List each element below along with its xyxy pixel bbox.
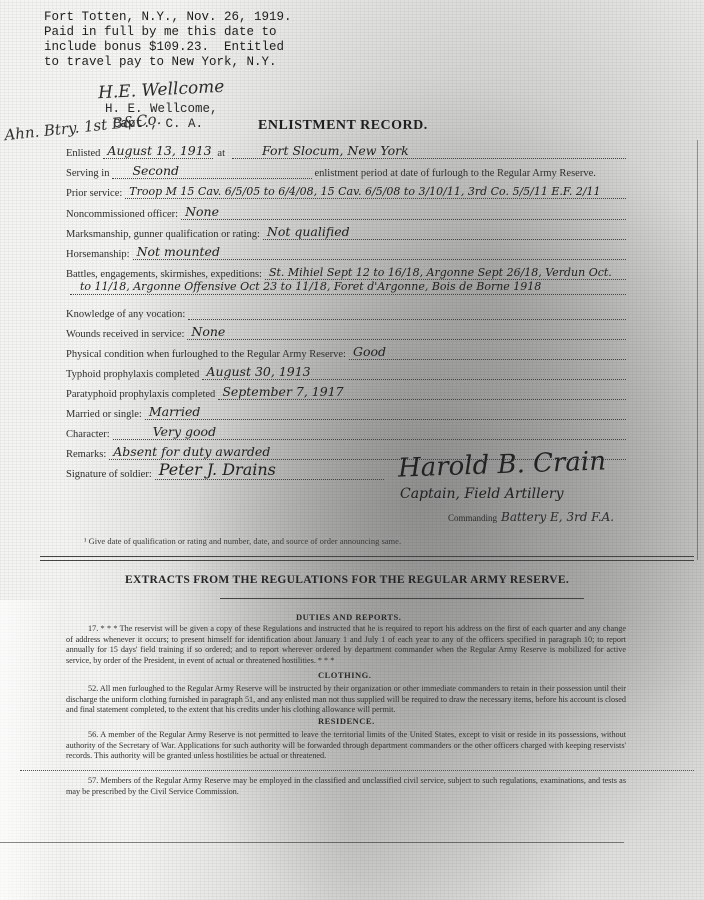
officer-commanding: CommandingBattery E, 3rd F.A. [448,510,614,524]
field-label: Noncommissioned officer: [66,209,178,220]
page-edge [697,140,698,560]
field-battles: Battles, engagements, skirmishes, expedi… [66,264,626,280]
field-label: Signature of soldier: [66,469,152,480]
field-fill: Good [349,345,626,360]
page-title: ENLISTMENT RECORD. [258,118,428,134]
field-paratyphoid: Paratyphoid prophylaxis completed Septem… [66,384,626,400]
field-fill: St. Mihiel Sept 12 to 16/18, Argonne Sep… [265,265,626,280]
field-value: Very good [153,424,216,439]
field-value: None [185,204,219,219]
divider [40,556,694,557]
divider [220,598,584,599]
field-value: August 13, 1913 [107,143,211,158]
field-fill: None [187,325,626,340]
field-value: Troop M 15 Cav. 6/5/05 to 6/4/08, 15 Cav… [129,185,600,198]
section-heading-clothing: CLOTHING. [318,670,371,680]
officer-title: Captain, Field Artillery [400,486,564,502]
field-label: Enlisted [66,148,100,159]
field-label: Battles, engagements, skirmishes, expedi… [66,269,262,280]
field-fill: September 7, 1917 [218,385,626,400]
extracts-title: EXTRACTS FROM THE REGULATIONS FOR THE RE… [125,574,569,586]
field-prior-service: Prior service: Troop M 15 Cav. 6/5/05 to… [66,183,626,199]
field-horsemanship: Horsemanship: Not mounted [66,244,626,260]
field-physical-condition: Physical condition when furloughed to th… [66,344,626,360]
field-fill: None [181,205,626,220]
divider [40,560,694,561]
field-marksmanship: Marksmanship, gunner qualification or ra… [66,224,626,240]
field-soldier-signature: Signature of soldier: Peter J. Drains [66,464,384,480]
field-fill: Married [145,405,626,420]
field-label: Wounds received in service: [66,329,184,340]
scan-fade [0,600,60,900]
typed-line: to travel pay to New York, N.Y. [44,55,292,70]
field-vocation: Knowledge of any vocation: [66,304,626,320]
field-fill: Troop M 15 Cav. 6/5/05 to 6/4/08, 15 Cav… [125,184,626,199]
regulation-paragraph-52: 52. All men furloughed to the Regular Ar… [66,684,626,716]
paragraph-text: 17. * * * The reservist will be given a … [66,624,626,665]
section-heading-duties: DUTIES AND REPORTS. [296,612,401,622]
field-value: Absent for duty awarded [113,444,270,459]
field-serving-in: Serving in Second enlistment period at d… [66,163,626,179]
field-value: Married [149,404,201,419]
typed-payment-note: Fort Totten, N.Y., Nov. 26, 1919.Paid in… [44,10,292,70]
field-label: Marksmanship, gunner qualification or ra… [66,229,260,240]
field-suffix: enlistment period at date of furlough to… [314,168,595,179]
officer-signature: Harold B. Crain [398,446,607,483]
field-label: Horsemanship: [66,249,130,260]
field-fill: Very good [113,425,626,440]
field-noncommissioned-officer: Noncommissioned officer: None [66,204,626,220]
soldier-signature: Peter J. Drains [159,460,276,479]
field-value: September 7, 1917 [222,384,343,399]
field-value: August 30, 1913 [206,364,310,379]
field-enlisted: Enlisted August 13, 1913 at Fort Slocum,… [66,143,626,159]
field-label: Serving in [66,168,109,179]
paragraph-text: 52. All men furloughed to the Regular Ar… [66,684,626,714]
field-fill: Peter J. Drains [155,465,384,480]
field-label: Married or single: [66,409,142,420]
field-label: Knowledge of any vocation: [66,309,185,320]
typed-line: Fort Totten, N.Y., Nov. 26, 1919. [44,10,292,25]
field-value: St. Mihiel Sept 12 to 16/18, Argonne Sep… [269,266,612,279]
regulation-paragraph-57: 57. Members of the Regular Army Reserve … [66,776,626,797]
footnote: ¹ Give date of qualification or rating a… [84,536,401,546]
field-fill: Fort Slocum, New York [232,144,626,159]
field-value: Not qualified [267,224,350,239]
field-fill: Not mounted [133,245,626,260]
field-fill: August 13, 1913 [103,144,213,159]
typed-line: include bonus $109.23. Entitled [44,40,292,55]
field-label: Prior service: [66,188,122,199]
field-character: Character: Very good [66,424,626,440]
field-value: Not mounted [137,244,220,259]
field-value: Second [132,163,179,178]
margin-handwritten-note: Ahn. Btry. 1st B&Co. [3,110,161,144]
field-typhoid: Typhoid prophylaxis completed August 30,… [66,364,626,380]
field-wounds: Wounds received in service: None [66,324,626,340]
field-label: at [217,148,225,159]
commanding-label: Commanding [448,513,497,523]
field-value: Fort Slocum, New York [262,143,409,158]
field-fill: August 30, 1913 [202,365,626,380]
field-fill: Second [112,164,312,179]
field-label: Physical condition when furloughed to th… [66,349,346,360]
wellcome-signature: H.E. Wellcome [98,77,225,104]
regulation-paragraph-56: 56. A member of the Regular Army Reserve… [66,730,626,762]
field-value: Good [353,344,386,359]
paragraph-text: 56. A member of the Regular Army Reserve… [66,730,626,760]
field-label: Typhoid prophylaxis completed [66,369,199,380]
field-label: Remarks: [66,449,106,460]
field-fill [188,305,626,320]
divider [20,770,694,771]
section-heading-residence: RESIDENCE. [318,716,375,726]
field-value: None [191,324,225,339]
commanding-value: Battery E, 3rd F.A. [501,510,614,524]
field-label: Paratyphoid prophylaxis completed [66,389,215,400]
field-battles-continued: to 11/18, Argonne Offensive Oct 23 to 11… [70,280,626,295]
field-label: Character: [66,429,110,440]
divider [0,842,624,843]
typed-line: Paid in full by me this date to [44,25,292,40]
field-fill: Not qualified [263,225,626,240]
field-married-or-single: Married or single: Married [66,404,626,420]
paragraph-text: 57. Members of the Regular Army Reserve … [66,776,626,796]
regulation-paragraph-17: 17. * * * The reservist will be given a … [66,624,626,666]
